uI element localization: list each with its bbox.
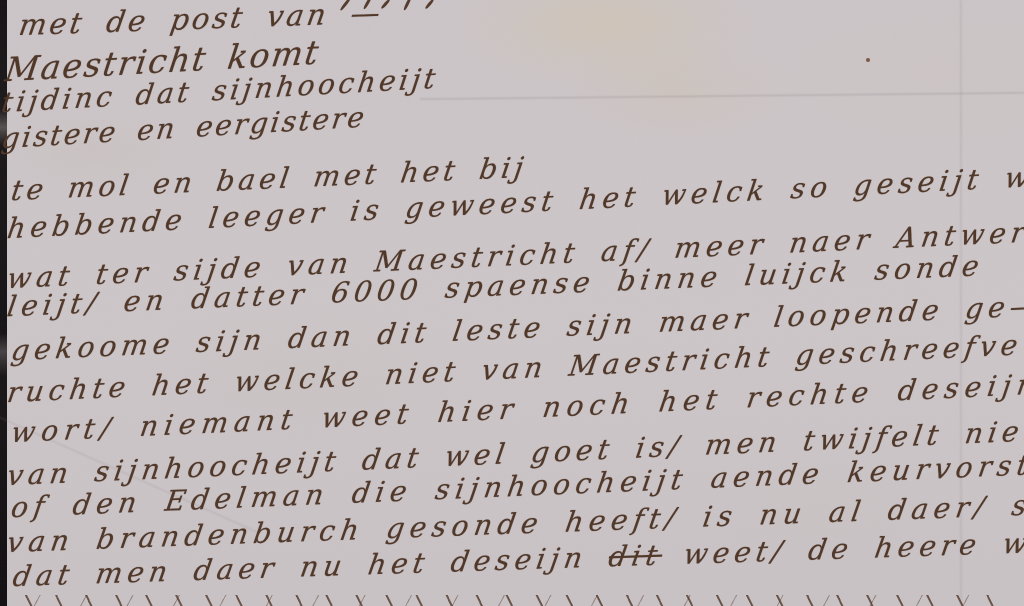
manuscript-page: met de post van —Maestricht komttijdinc …: [0, 0, 1024, 606]
struck-out-word: dit: [606, 538, 664, 573]
partial-line-cut-off: [18, 595, 1008, 606]
fold-crease-horizontal: [420, 92, 1024, 100]
text-segment: met de post van —: [17, 0, 386, 42]
ink-speck: [866, 58, 870, 62]
manuscript-line-1: met de post van —: [17, 0, 386, 42]
